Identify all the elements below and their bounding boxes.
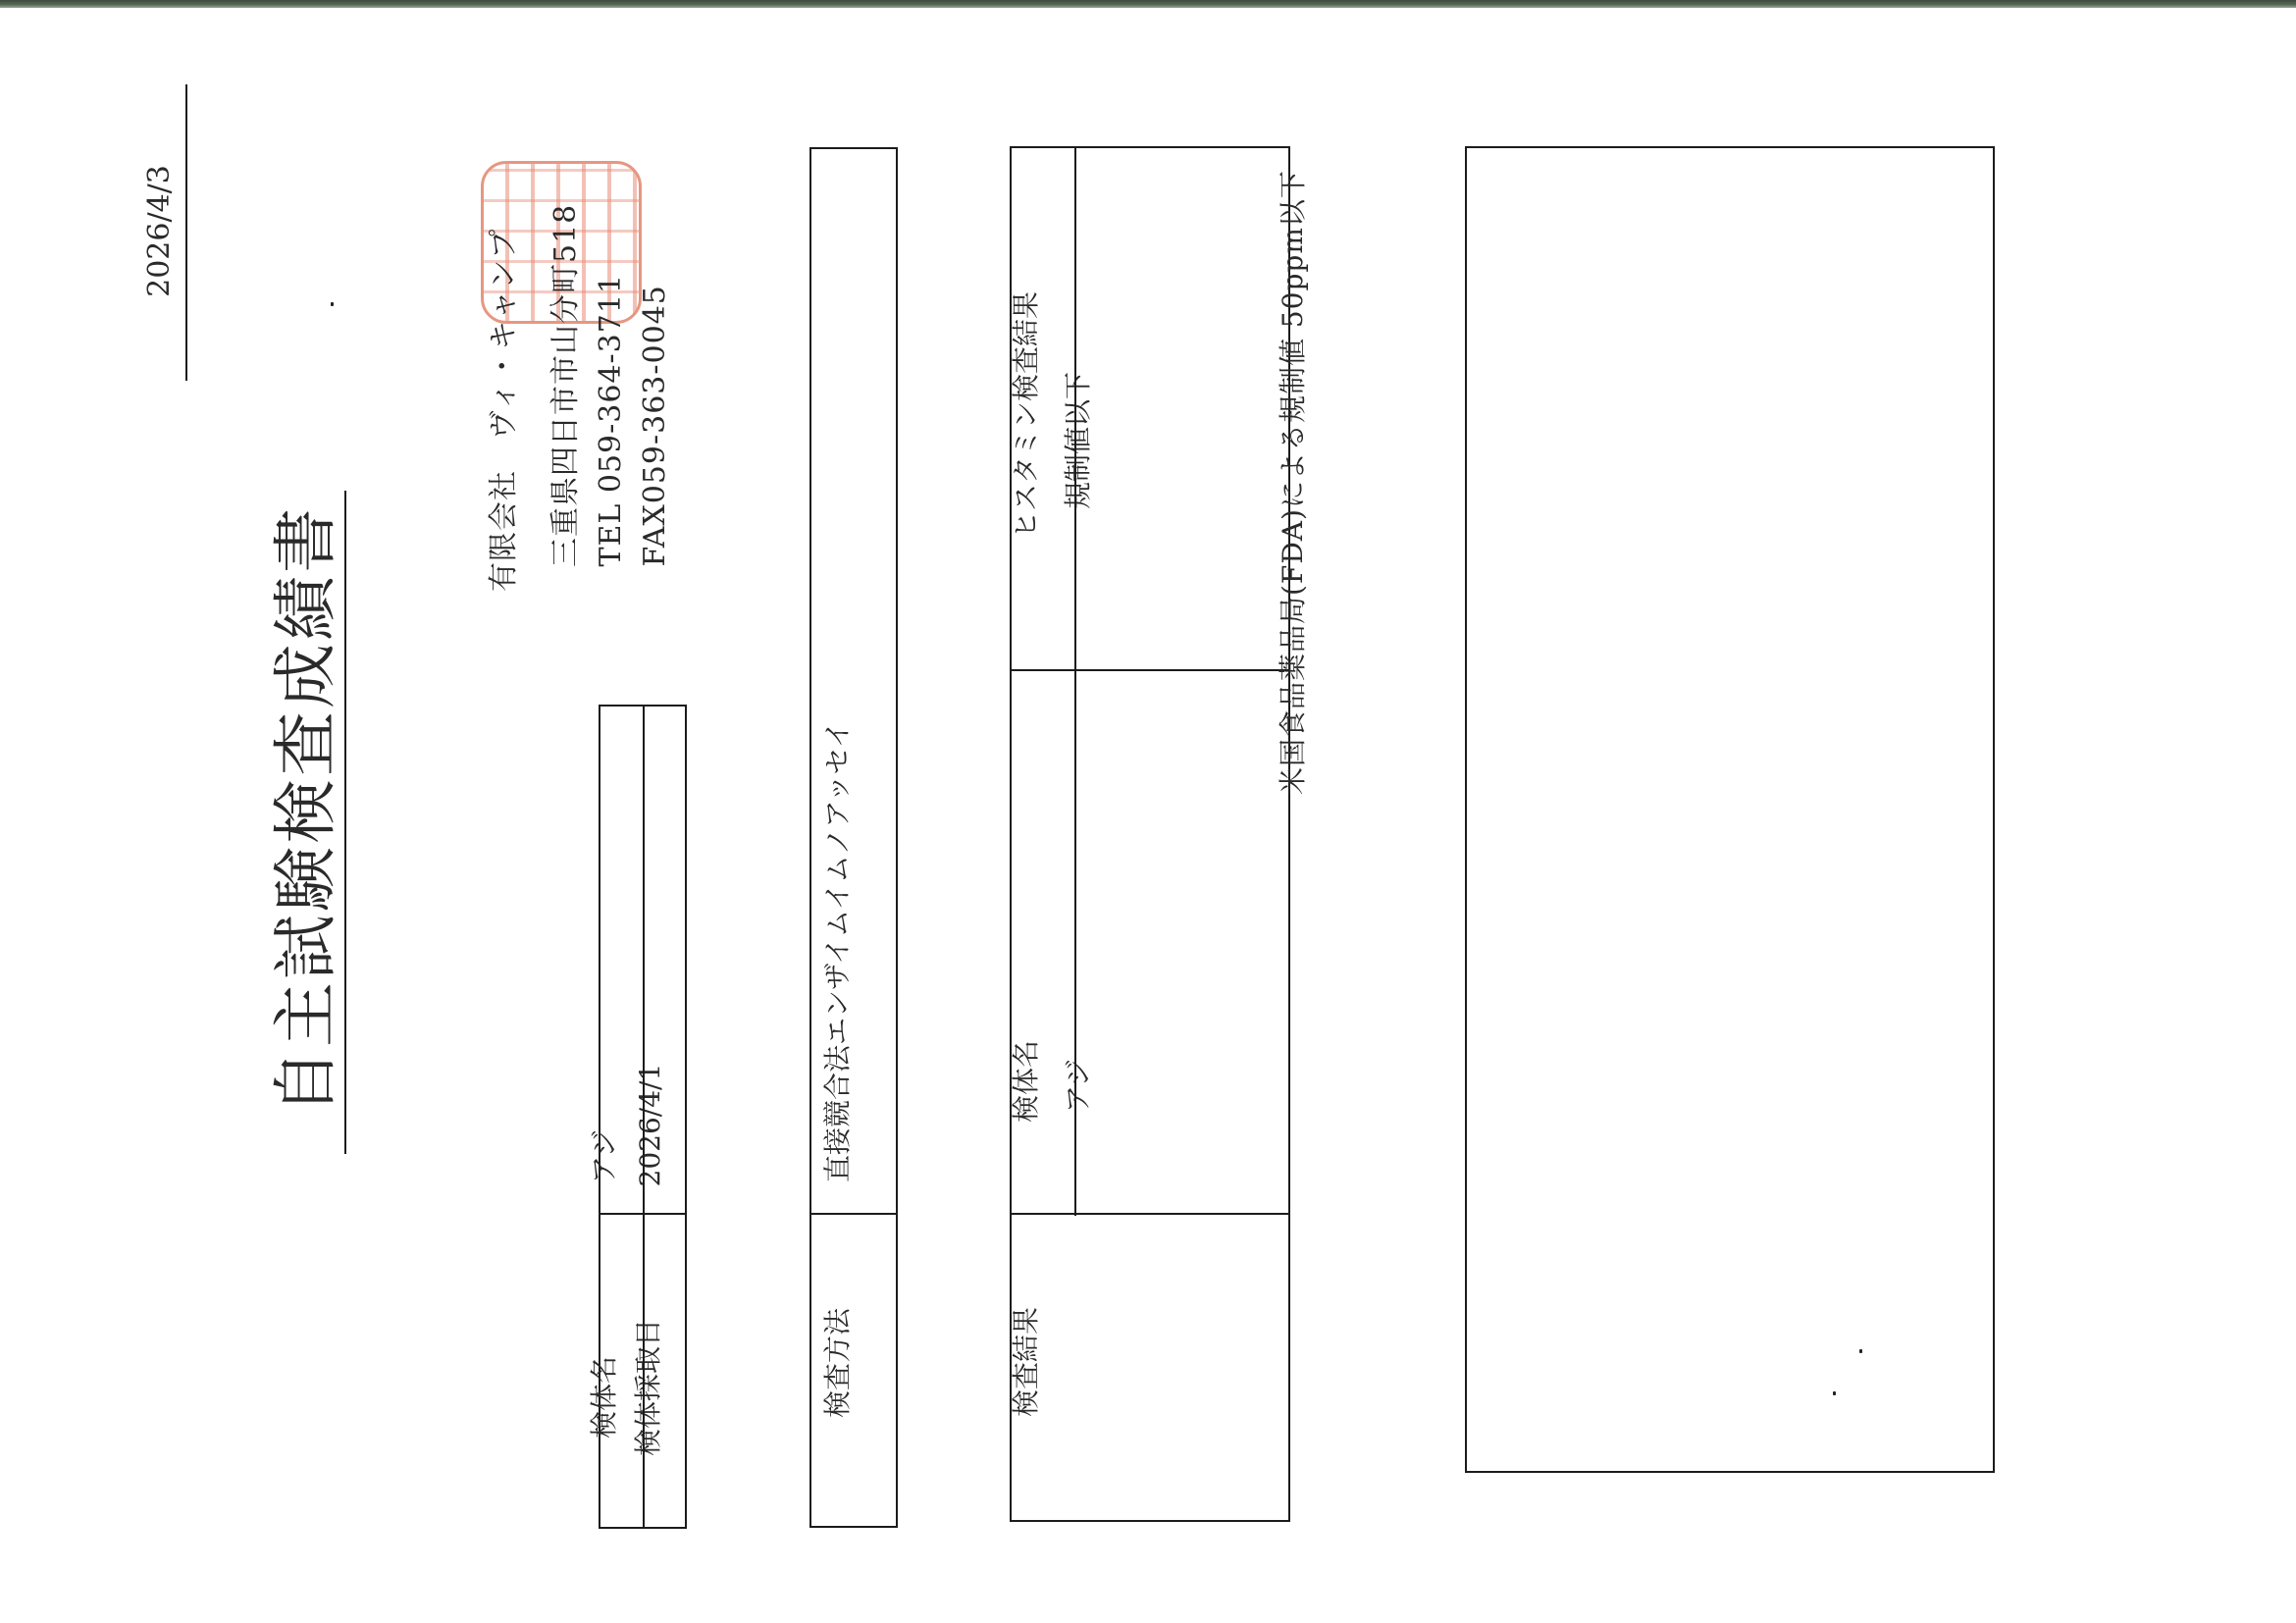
issue-date: 2026/4/3 — [133, 157, 184, 304]
company-fax-text: FAX059-363-0045 — [638, 285, 672, 566]
table-divider — [643, 705, 645, 1529]
scan-speck — [1833, 1391, 1836, 1395]
sample-name-value: アジ — [583, 1129, 622, 1183]
method-value: 直接競合法エンザイムイムノアッセイ — [816, 720, 856, 1182]
sample-name-label: 検体名 — [583, 1356, 622, 1439]
table-divider — [1010, 1213, 1290, 1215]
method-label: 検査方法 — [816, 1308, 856, 1418]
table-divider — [809, 1213, 898, 1215]
regulation-note: 米国食品薬品局(FDA)による規制値 50ppm以下 — [1291, 147, 1331, 814]
company-fax: FAX059-363-0045 — [652, 196, 692, 584]
page-title: 自主試験検査成績書 — [257, 510, 341, 1109]
result-sample-value: アジ — [1057, 1059, 1096, 1113]
method-table: 検査方法 直接競合法エンザイムイムノアッセイ — [809, 147, 898, 1528]
scan-edge — [0, 0, 2296, 8]
result-label: 検査結果 — [1005, 1307, 1044, 1417]
scan-speck — [331, 302, 334, 306]
page-title-text: 自主試験検査成績書 — [253, 505, 346, 1115]
issue-date-text: 2026/4/3 — [142, 165, 177, 297]
result-histamine-value: 規制値以下 — [1057, 372, 1096, 509]
issue-date-underline — [185, 84, 187, 381]
result-col-header-histamine: ヒスタミン検査結果 — [1005, 291, 1044, 539]
sampling-date-label: 検体採取日 — [627, 1319, 666, 1456]
regulation-note-text: 米国食品薬品局(FDA)による規制値 50ppm以下 — [1272, 170, 1311, 795]
remarks-box — [1465, 146, 1995, 1473]
company-name: 有限会社 ヴィ・キャンプ — [502, 196, 542, 613]
sampling-date-value: 2026/4/1 — [634, 1064, 666, 1187]
result-table: 検査結果 検体名 アジ ヒスタミン検査結果 規制値以下 — [1010, 146, 1290, 1522]
table-divider — [1010, 669, 1290, 671]
table-divider — [1074, 146, 1076, 1216]
company-address-text: 三重県四日市市山分町518 — [541, 204, 584, 567]
company-name-text: 有限会社 ヴィ・キャンプ — [479, 229, 522, 592]
table-divider — [599, 1213, 687, 1215]
result-col-header-sample: 検体名 — [1005, 1040, 1044, 1123]
title-underline — [344, 491, 346, 1154]
scan-speck — [1859, 1349, 1862, 1353]
company-tel-text: TEL 059-364-3711 — [594, 274, 628, 567]
